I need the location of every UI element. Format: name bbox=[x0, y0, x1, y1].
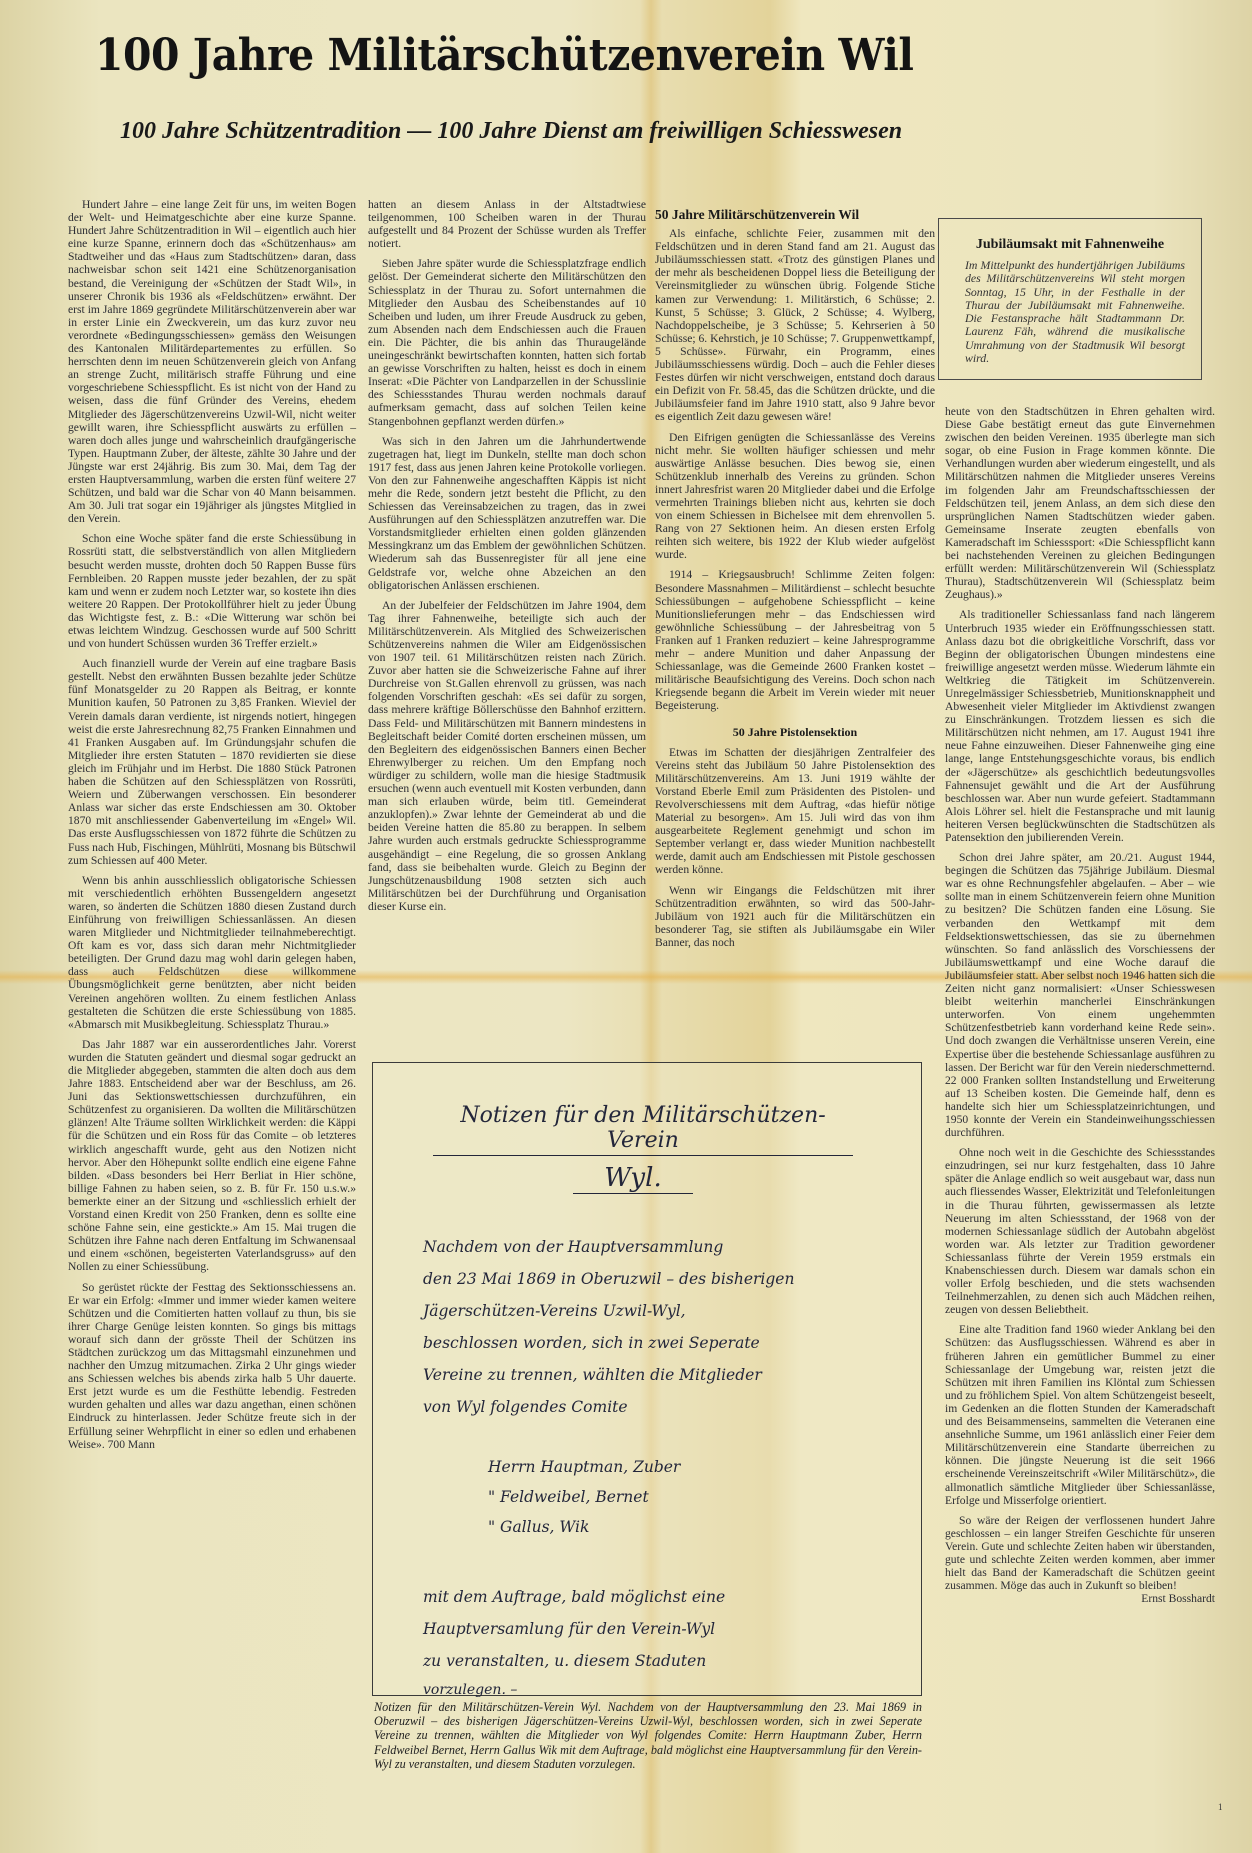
manuscript-caption: Notizen für den Militärschützen-Verein W… bbox=[374, 1700, 922, 1771]
paragraph: Das Jahr 1887 war ein ausserordentliches… bbox=[68, 1038, 356, 1274]
announcement-text: Im Mittelpunkt des hundertjährigen Jubil… bbox=[939, 259, 1201, 365]
paragraph: So wäre der Reigen der verflossenen hund… bbox=[945, 1514, 1215, 1593]
manuscript-comite-member: " Feldweibel, Bernet bbox=[488, 1488, 649, 1506]
manuscript-line: zu veranstalten, u. diesem Staduten bbox=[423, 1652, 706, 1670]
headline: 100 Jahre Militärschützenverein Wil bbox=[95, 30, 1099, 81]
article-column-4: heute von den Stadtschützen in Ehren geh… bbox=[945, 405, 1215, 1605]
handwritten-manuscript-image: Notizen für den Militärschützen-Verein W… bbox=[372, 1062, 922, 1696]
paragraph: Hundert Jahre – eine lange Zeit für uns,… bbox=[68, 198, 356, 525]
manuscript-line: beschlossen worden, sich in zwei Seperat… bbox=[423, 1334, 760, 1352]
manuscript-line: Nachdem von der Hauptversammlung bbox=[423, 1238, 723, 1256]
page-number: 1 bbox=[1218, 1802, 1223, 1812]
paragraph: Etwas im Schatten der diesjährigen Zentr… bbox=[655, 746, 935, 877]
paragraph: Auch finanziell wurde der Verein auf ein… bbox=[68, 657, 356, 867]
paragraph: Wenn wir Eingangs die Feldschützen mit i… bbox=[655, 884, 935, 949]
paragraph: Eine alte Tradition fand 1960 wieder Ank… bbox=[945, 1323, 1215, 1506]
paragraph: heute von den Stadtschützen in Ehren geh… bbox=[945, 405, 1215, 601]
paragraph: Wenn bis anhin ausschliesslich obligator… bbox=[68, 874, 356, 1031]
manuscript-line: Vereine zu trennen, wählten die Mitglied… bbox=[423, 1366, 762, 1384]
paragraph: Den Eifrigen genügten die Schiessanlässe… bbox=[655, 431, 935, 562]
manuscript-line: vorzulegen. – bbox=[423, 1682, 517, 1698]
manuscript-line: Jägerschützen-Vereins Uzwil-Wyl, bbox=[423, 1302, 686, 1320]
section-title-pistolensektion: 50 Jahre Pistolensektion bbox=[655, 726, 935, 739]
announcement-box: Jubiläumsakt mit Fahnenweihe Im Mittelpu… bbox=[938, 218, 1202, 380]
manuscript-line: mit dem Auftrage, bald möglichst eine bbox=[423, 1588, 725, 1606]
article-column-3: 50 Jahre Militärschützenverein Wil Als e… bbox=[655, 208, 935, 956]
paragraph: 1914 – Kriegsausbruch! Schlimme Zeiten f… bbox=[655, 568, 935, 712]
paragraph: An der Jubelfeier der Feldschützen im Ja… bbox=[368, 599, 646, 913]
manuscript-comite-member: Herrn Hauptman, Zuber bbox=[488, 1458, 680, 1476]
paragraph: Als traditioneller Schiessanlass fand na… bbox=[945, 608, 1215, 844]
article-column-2: hatten an diesem Anlass in der Altstadtw… bbox=[368, 198, 646, 920]
paragraph: Schon eine Woche später fand die erste S… bbox=[68, 532, 356, 650]
paragraph: Sieben Jahre später wurde die Schiesspla… bbox=[368, 257, 646, 427]
manuscript-line: Hauptversamlung für den Verein-Wyl bbox=[423, 1620, 715, 1638]
paragraph: Als einfache, schlichte Feier, zusammen … bbox=[655, 227, 935, 423]
paragraph: So gerüstet rückte der Festtag des Sekti… bbox=[68, 1281, 356, 1451]
manuscript-line: von Wyl folgendes Comite bbox=[423, 1398, 628, 1416]
manuscript-place: Wyl. bbox=[573, 1163, 693, 1194]
author-signature: Ernst Bosshardt bbox=[945, 1592, 1215, 1605]
manuscript-title: Notizen für den Militärschützen-Verein bbox=[433, 1103, 853, 1156]
section-title-50-jahre-verein: 50 Jahre Militärschützenverein Wil bbox=[655, 208, 935, 221]
subheadline: 100 Jahre Schützentradition — 100 Jahre … bbox=[120, 118, 1180, 145]
manuscript-line: den 23 Mai 1869 in Oberuzwil – des bishe… bbox=[423, 1270, 794, 1288]
paragraph: Was sich in den Jahren um die Jahrhunder… bbox=[368, 435, 646, 592]
paragraph: hatten an diesem Anlass in der Altstadtw… bbox=[368, 198, 646, 250]
article-column-1: Hundert Jahre – eine lange Zeit für uns,… bbox=[68, 198, 356, 1458]
paragraph: Ohne noch weit in die Geschichte des Sch… bbox=[945, 1146, 1215, 1316]
paragraph: Schon drei Jahre später, am 20./21. Augu… bbox=[945, 851, 1215, 1139]
announcement-title: Jubiläumsakt mit Fahnenweihe bbox=[939, 237, 1201, 253]
manuscript-comite-member: " Gallus, Wik bbox=[488, 1518, 589, 1536]
